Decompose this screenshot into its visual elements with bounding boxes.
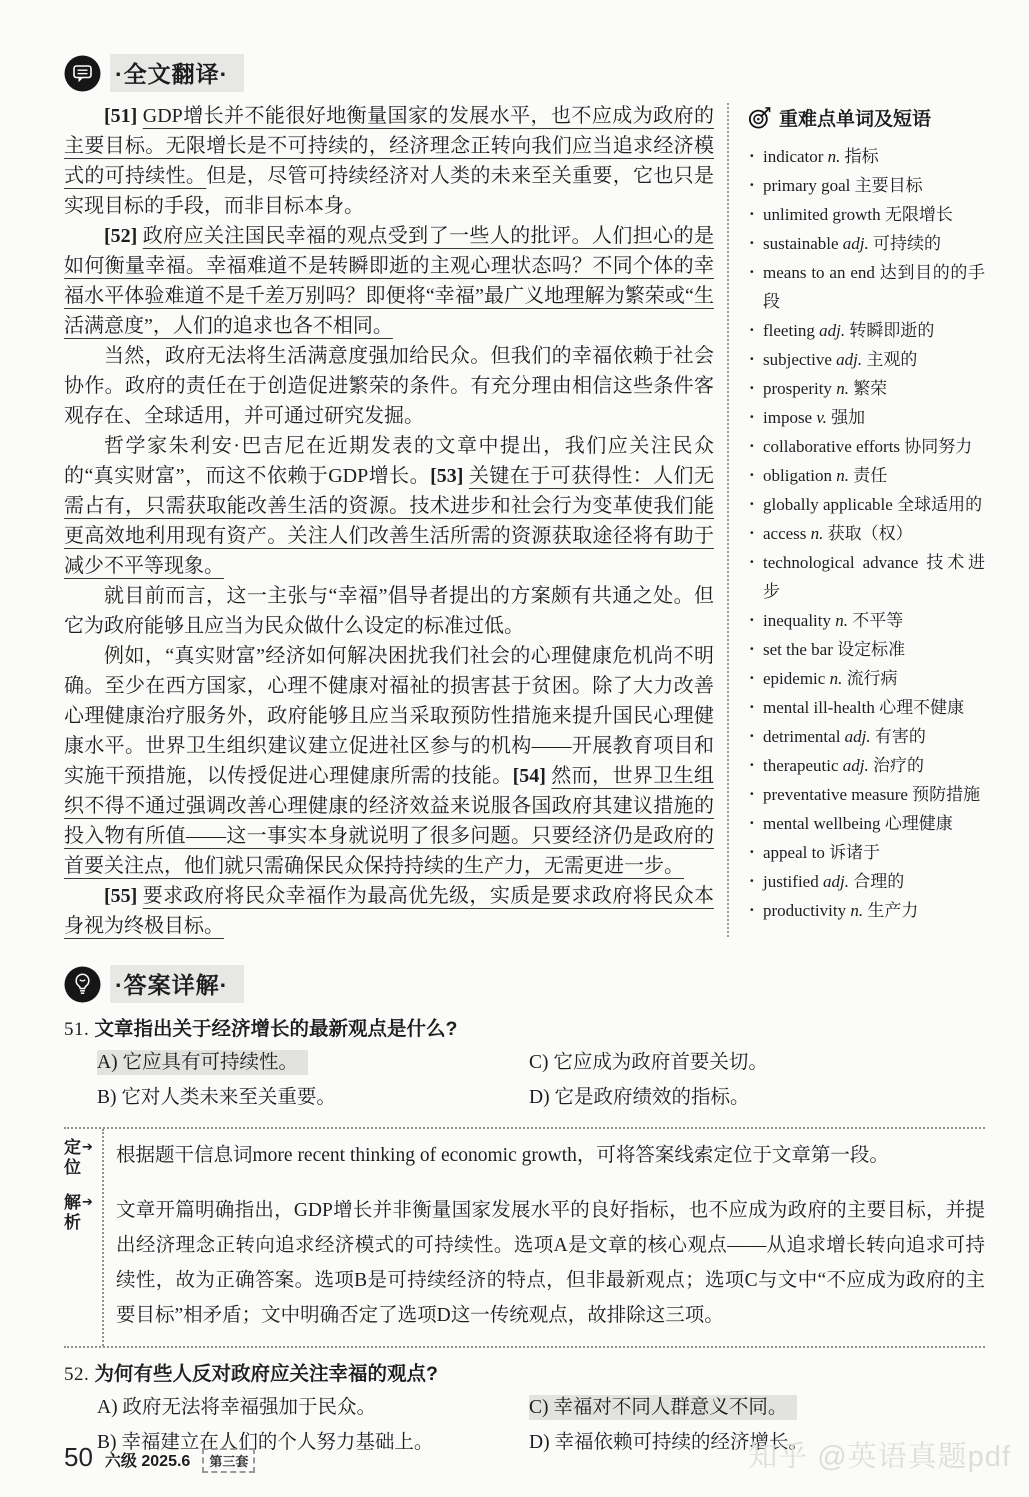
option-c: C) 幸福对不同人群意义不同。 xyxy=(529,1390,985,1425)
vocab-item: ·preventative measure 预防措施 xyxy=(748,780,985,809)
option-c: C) 它应成为政府首要关切。 xyxy=(529,1045,985,1080)
page-number: 50 xyxy=(64,1442,93,1473)
vocab-item: ·access n. 获取（权） xyxy=(748,519,985,548)
vocab-chinese: 协同努力 xyxy=(900,437,972,456)
vocab-english: means to an end xyxy=(763,263,875,282)
vocab-chinese: 责任 xyxy=(849,466,887,485)
note-content: 根据题干信息词more recent thinking of economic … xyxy=(102,1138,985,1178)
vocab-chinese: 无限增长 xyxy=(881,205,953,224)
bullet-icon: · xyxy=(749,721,755,750)
correct-option-text: C) 幸福对不同人群意义不同。 xyxy=(529,1395,797,1420)
note-row: 定位➔根据题干信息词more recent thinking of econom… xyxy=(64,1138,985,1178)
underlined-text: 要求政府将民众幸福作为最高优先级，实质是要求政府将民众本身视为终极目标。 xyxy=(64,885,714,937)
vocab-english: technological advance xyxy=(763,553,918,572)
vocab-item: ·mental wellbeing 心理健康 xyxy=(748,809,985,838)
vocab-chinese: 心理不健康 xyxy=(875,698,964,717)
set-badge: 第三套 xyxy=(202,1448,255,1473)
bullet-icon: · xyxy=(749,170,755,199)
answers-section: ·答案详解· 51. 文章指出关于经济增长的最新观点是什么?A) 它应具有可持续… xyxy=(64,965,985,1460)
option-text: D) 它是政府绩效的指标。 xyxy=(529,1087,749,1108)
vocab-pos: adj. xyxy=(832,350,862,369)
questions: 51. 文章指出关于经济增长的最新观点是什么?A) 它应具有可持续性。B) 它对… xyxy=(64,1013,985,1460)
vocab-item: ·sustainable adj. 可持续的 xyxy=(748,229,985,258)
vocab-item: ·impose v. 强加 xyxy=(748,403,985,432)
vocab-item: ·unlimited growth 无限增长 xyxy=(748,200,985,229)
vocab-sidebar: 重难点单词及短语 ·indicator n. 指标·primary goal 主… xyxy=(729,101,985,941)
vocab-chinese: 繁荣 xyxy=(849,379,887,398)
translation-columns: [51] GDP增长并不能很好地衡量国家的发展水平，也不应成为政府的主要目标。无… xyxy=(64,101,985,941)
translation-paragraph: [52] 政府应关注国民幸福的观点受到了一些人的批评。人们担心的是如何衡量幸福。… xyxy=(64,221,714,341)
vocab-chinese: 流行病 xyxy=(842,669,897,688)
vocab-english: primary goal xyxy=(763,176,850,195)
arrow-right-icon: ➔ xyxy=(82,1193,93,1214)
vocab-item: ·justified adj. 合理的 xyxy=(748,867,985,896)
vocab-english: mental wellbeing xyxy=(763,814,881,833)
arrow-right-icon: ➔ xyxy=(82,1138,93,1159)
bullet-icon: · xyxy=(749,344,755,373)
translation-paragraph: 例如，“真实财富”经济如何解决困扰我们社会的心理健康危机尚不明确。至少在西方国家… xyxy=(64,641,714,881)
vocab-english: appeal to xyxy=(763,843,825,862)
bullet-icon: · xyxy=(749,547,755,576)
vocab-pos: n. xyxy=(832,379,849,398)
vocab-pos: adj. xyxy=(819,872,849,891)
vocab-item: ·technological advance 技术进步 xyxy=(748,548,985,606)
vocab-english: inequality xyxy=(763,611,831,630)
bullet-icon: · xyxy=(749,866,755,895)
underlined-text: 政府应关注国民幸福的观点受到了一些人的批评。人们担心的是如何衡量幸福。幸福难道不… xyxy=(64,225,714,337)
vocab-item: ·primary goal 主要目标 xyxy=(748,171,985,200)
vocab-english: unlimited growth xyxy=(763,205,881,224)
translation-title: ·全文翻译· xyxy=(110,54,244,92)
page-footer: 50 六级 2025.6 第三套 知乎 @英语真题pdf xyxy=(64,1434,1011,1475)
bullet-icon: · xyxy=(749,634,755,663)
vocab-chinese: 全球适用的 xyxy=(893,495,982,514)
bullet-icon: · xyxy=(749,141,755,170)
vocab-header: 重难点单词及短语 xyxy=(748,104,985,131)
vocab-english: prosperity xyxy=(763,379,832,398)
vocab-pos: n. xyxy=(846,901,863,920)
question-stem: 51. 文章指出关于经济增长的最新观点是什么? xyxy=(64,1013,985,1041)
option-text: B) 它对人类未来至关重要。 xyxy=(97,1087,336,1108)
vocab-chinese: 主要目标 xyxy=(850,176,922,195)
vocab-chinese: 获取（权） xyxy=(823,524,912,543)
vocab-english: access xyxy=(763,524,806,543)
answers-title: ·答案详解· xyxy=(110,965,244,1003)
note-content: 文章开篇明确指出，GDP增长并非衡量国家发展水平的良好指标，也不应成为政府的主要… xyxy=(102,1193,985,1333)
translation-paragraph: 就目前而言，这一主张与“幸福”倡导者提出的方案颇有共通之处。但它为政府能够且应当… xyxy=(64,581,714,641)
bullet-icon: · xyxy=(749,489,755,518)
bullet-icon: · xyxy=(749,692,755,721)
translation-paragraph: 当然，政府无法将生活满意度强加给民众。但我们的幸福依赖于社会协作。政府的责任在于… xyxy=(64,341,714,431)
vocab-pos: adj. xyxy=(839,756,869,775)
bullet-icon: · xyxy=(749,199,755,228)
paragraph-marker: [52] xyxy=(104,225,143,247)
vocab-item: ·mental ill-health 心理不健康 xyxy=(748,693,985,722)
bullet-icon: · xyxy=(749,837,755,866)
vocab-item: ·epidemic n. 流行病 xyxy=(748,664,985,693)
lightbulb-icon xyxy=(64,966,101,1003)
vocab-item: ·indicator n. 指标 xyxy=(748,142,985,171)
vocab-english: globally applicable xyxy=(763,495,893,514)
vocab-english: preventative measure xyxy=(763,785,908,804)
vocab-item: ·productivity n. 生产力 xyxy=(748,896,985,925)
translation-section: ·全文翻译· [51] GDP增长并不能很好地衡量国家的发展水平，也不应成为政府… xyxy=(64,54,985,941)
vocab-title: 重难点单词及短语 xyxy=(779,104,931,131)
translation-header: ·全文翻译· xyxy=(64,54,985,92)
vocab-pos: n. xyxy=(806,524,823,543)
vocab-item: ·means to an end 达到目的的手段 xyxy=(748,258,985,316)
body-text: 当然，政府无法将生活满意度强加给民众。但我们的幸福依赖于社会协作。政府的责任在于… xyxy=(64,345,714,427)
vocab-english: indicator xyxy=(763,147,823,166)
bullet-icon: · xyxy=(749,663,755,692)
note-label: 定位➔ xyxy=(64,1138,102,1178)
vocab-chinese: 不平等 xyxy=(848,611,903,630)
vocab-english: fleeting xyxy=(763,321,815,340)
bullet-icon: · xyxy=(749,518,755,547)
answers-header: ·答案详解· xyxy=(64,965,985,1003)
vocab-item: ·appeal to 诉诸于 xyxy=(748,838,985,867)
bullet-icon: · xyxy=(749,605,755,634)
option-d: D) 它是政府绩效的指标。 xyxy=(529,1080,985,1115)
vocab-english: productivity xyxy=(763,901,846,920)
vocab-item: ·set the bar 设定标准 xyxy=(748,635,985,664)
vocab-chinese: 治疗的 xyxy=(869,756,924,775)
vocab-english: detrimental xyxy=(763,727,840,746)
question-text: 文章指出关于经济增长的最新观点是什么? xyxy=(95,1018,458,1040)
options-column: A) 它应具有可持续性。B) 它对人类未来至关重要。 xyxy=(97,1045,529,1115)
vocab-pos: n. xyxy=(831,611,848,630)
vocab-chinese: 指标 xyxy=(840,147,878,166)
watermark: 知乎 @英语真题pdf xyxy=(748,1434,1011,1475)
vocab-chinese: 有害的 xyxy=(871,727,926,746)
vocab-english: justified xyxy=(763,872,819,891)
vocab-item: ·obligation n. 责任 xyxy=(748,461,985,490)
vocab-chinese: 转瞬即逝的 xyxy=(845,321,934,340)
vocab-english: collaborative efforts xyxy=(763,437,900,456)
vocab-pos: adj. xyxy=(815,321,845,340)
bullet-icon: · xyxy=(749,228,755,257)
exam-label: 六级 2025.6 xyxy=(105,1448,190,1471)
question-stem: 52. 为何有些人反对政府应关注幸福的观点? xyxy=(64,1358,985,1386)
vocab-english: therapeutic xyxy=(763,756,839,775)
paragraph-marker: [53] xyxy=(430,465,469,487)
option-b: B) 它对人类未来至关重要。 xyxy=(97,1080,529,1115)
option-a: A) 政府无法将幸福强加于民众。 xyxy=(97,1390,529,1425)
vocab-chinese: 生产力 xyxy=(863,901,918,920)
note-label-text: 定位 xyxy=(64,1138,82,1178)
vocab-english: mental ill-health xyxy=(763,698,875,717)
bullet-icon: · xyxy=(749,895,755,924)
question-number: 52. xyxy=(64,1364,95,1385)
vocab-chinese: 心理健康 xyxy=(881,814,953,833)
option-text: C) 它应成为政府首要关切。 xyxy=(529,1052,768,1073)
vocab-item: ·therapeutic adj. 治疗的 xyxy=(748,751,985,780)
answer-notes: 定位➔根据题干信息词more recent thinking of econom… xyxy=(64,1127,985,1348)
vocab-chinese: 设定标准 xyxy=(833,640,905,659)
option-a: A) 它应具有可持续性。 xyxy=(97,1045,529,1080)
vocab-item: ·fleeting adj. 转瞬即逝的 xyxy=(748,316,985,345)
question-text: 为何有些人反对政府应关注幸福的观点? xyxy=(95,1363,438,1385)
bullet-icon: · xyxy=(749,315,755,344)
vocab-item: ·subjective adj. 主观的 xyxy=(748,345,985,374)
vocab-english: sustainable xyxy=(763,234,839,253)
bullet-icon: · xyxy=(749,779,755,808)
vocab-english: impose xyxy=(763,408,812,427)
vocab-list: ·indicator n. 指标·primary goal 主要目标·unlim… xyxy=(748,142,985,925)
vocab-item: ·inequality n. 不平等 xyxy=(748,606,985,635)
vocab-english: subjective xyxy=(763,350,832,369)
bullet-icon: · xyxy=(749,257,755,286)
translation-paragraph: [55] 要求政府将民众幸福作为最高优先级，实质是要求政府将民众本身视为终极目标… xyxy=(64,881,714,941)
paragraph-marker: [51] xyxy=(104,105,143,127)
speech-bubble-icon xyxy=(64,55,101,92)
vocab-item: ·globally applicable 全球适用的 xyxy=(748,490,985,519)
bullet-icon: · xyxy=(749,431,755,460)
vocab-chinese: 预防措施 xyxy=(908,785,980,804)
vocab-chinese: 强加 xyxy=(827,408,865,427)
vocab-chinese: 可持续的 xyxy=(869,234,941,253)
vocab-english: obligation xyxy=(763,466,832,485)
vocab-item: ·collaborative efforts 协同努力 xyxy=(748,432,985,461)
translation-paragraph: 哲学家朱利安·巴吉尼在近期发表的文章中提出，我们应关注民众的“真实财富”，而这不… xyxy=(64,431,714,581)
body-text: 就目前而言，这一主张与“幸福”倡导者提出的方案颇有共通之处。但它为政府能够且应当… xyxy=(64,585,714,637)
vocab-item: ·detrimental adj. 有害的 xyxy=(748,722,985,751)
translation-paragraphs: [51] GDP增长并不能很好地衡量国家的发展水平，也不应成为政府的主要目标。无… xyxy=(64,101,714,941)
bullet-icon: · xyxy=(749,373,755,402)
note-row: 解析➔文章开篇明确指出，GDP增长并非衡量国家发展水平的良好指标，也不应成为政府… xyxy=(64,1193,985,1333)
options-column: C) 它应成为政府首要关切。D) 它是政府绩效的指标。 xyxy=(529,1045,985,1115)
bullet-icon: · xyxy=(749,402,755,431)
vocab-pos: adj. xyxy=(839,234,869,253)
options-grid: A) 它应具有可持续性。B) 它对人类未来至关重要。C) 它应成为政府首要关切。… xyxy=(64,1045,985,1115)
target-icon xyxy=(748,106,772,130)
note-label: 解析➔ xyxy=(64,1193,102,1333)
vocab-pos: n. xyxy=(825,669,842,688)
vocab-pos: v. xyxy=(812,408,827,427)
vocab-pos: n. xyxy=(823,147,840,166)
paragraph-marker: [54] xyxy=(513,765,552,787)
bullet-icon: · xyxy=(749,750,755,779)
vocab-english: set the bar xyxy=(763,640,833,659)
translation-paragraph: [51] GDP增长并不能很好地衡量国家的发展水平，也不应成为政府的主要目标。无… xyxy=(64,101,714,221)
vocab-item: ·prosperity n. 繁荣 xyxy=(748,374,985,403)
vocab-chinese: 主观的 xyxy=(862,350,917,369)
note-label-text: 解析 xyxy=(64,1193,82,1233)
paragraph-marker: [55] xyxy=(104,885,143,907)
vocab-pos: adj. xyxy=(840,727,870,746)
vocab-english: epidemic xyxy=(763,669,825,688)
question-number: 51. xyxy=(64,1019,95,1040)
bullet-icon: · xyxy=(749,808,755,837)
bullet-icon: · xyxy=(749,460,755,489)
question-block: 51. 文章指出关于经济增长的最新观点是什么?A) 它应具有可持续性。B) 它对… xyxy=(64,1013,985,1348)
vocab-pos: n. xyxy=(832,466,849,485)
option-text: A) 政府无法将幸福强加于民众。 xyxy=(97,1397,376,1418)
correct-option-text: A) 它应具有可持续性。 xyxy=(97,1050,308,1075)
vocab-chinese: 合理的 xyxy=(849,872,904,891)
vocab-chinese: 诉诸于 xyxy=(825,843,880,862)
